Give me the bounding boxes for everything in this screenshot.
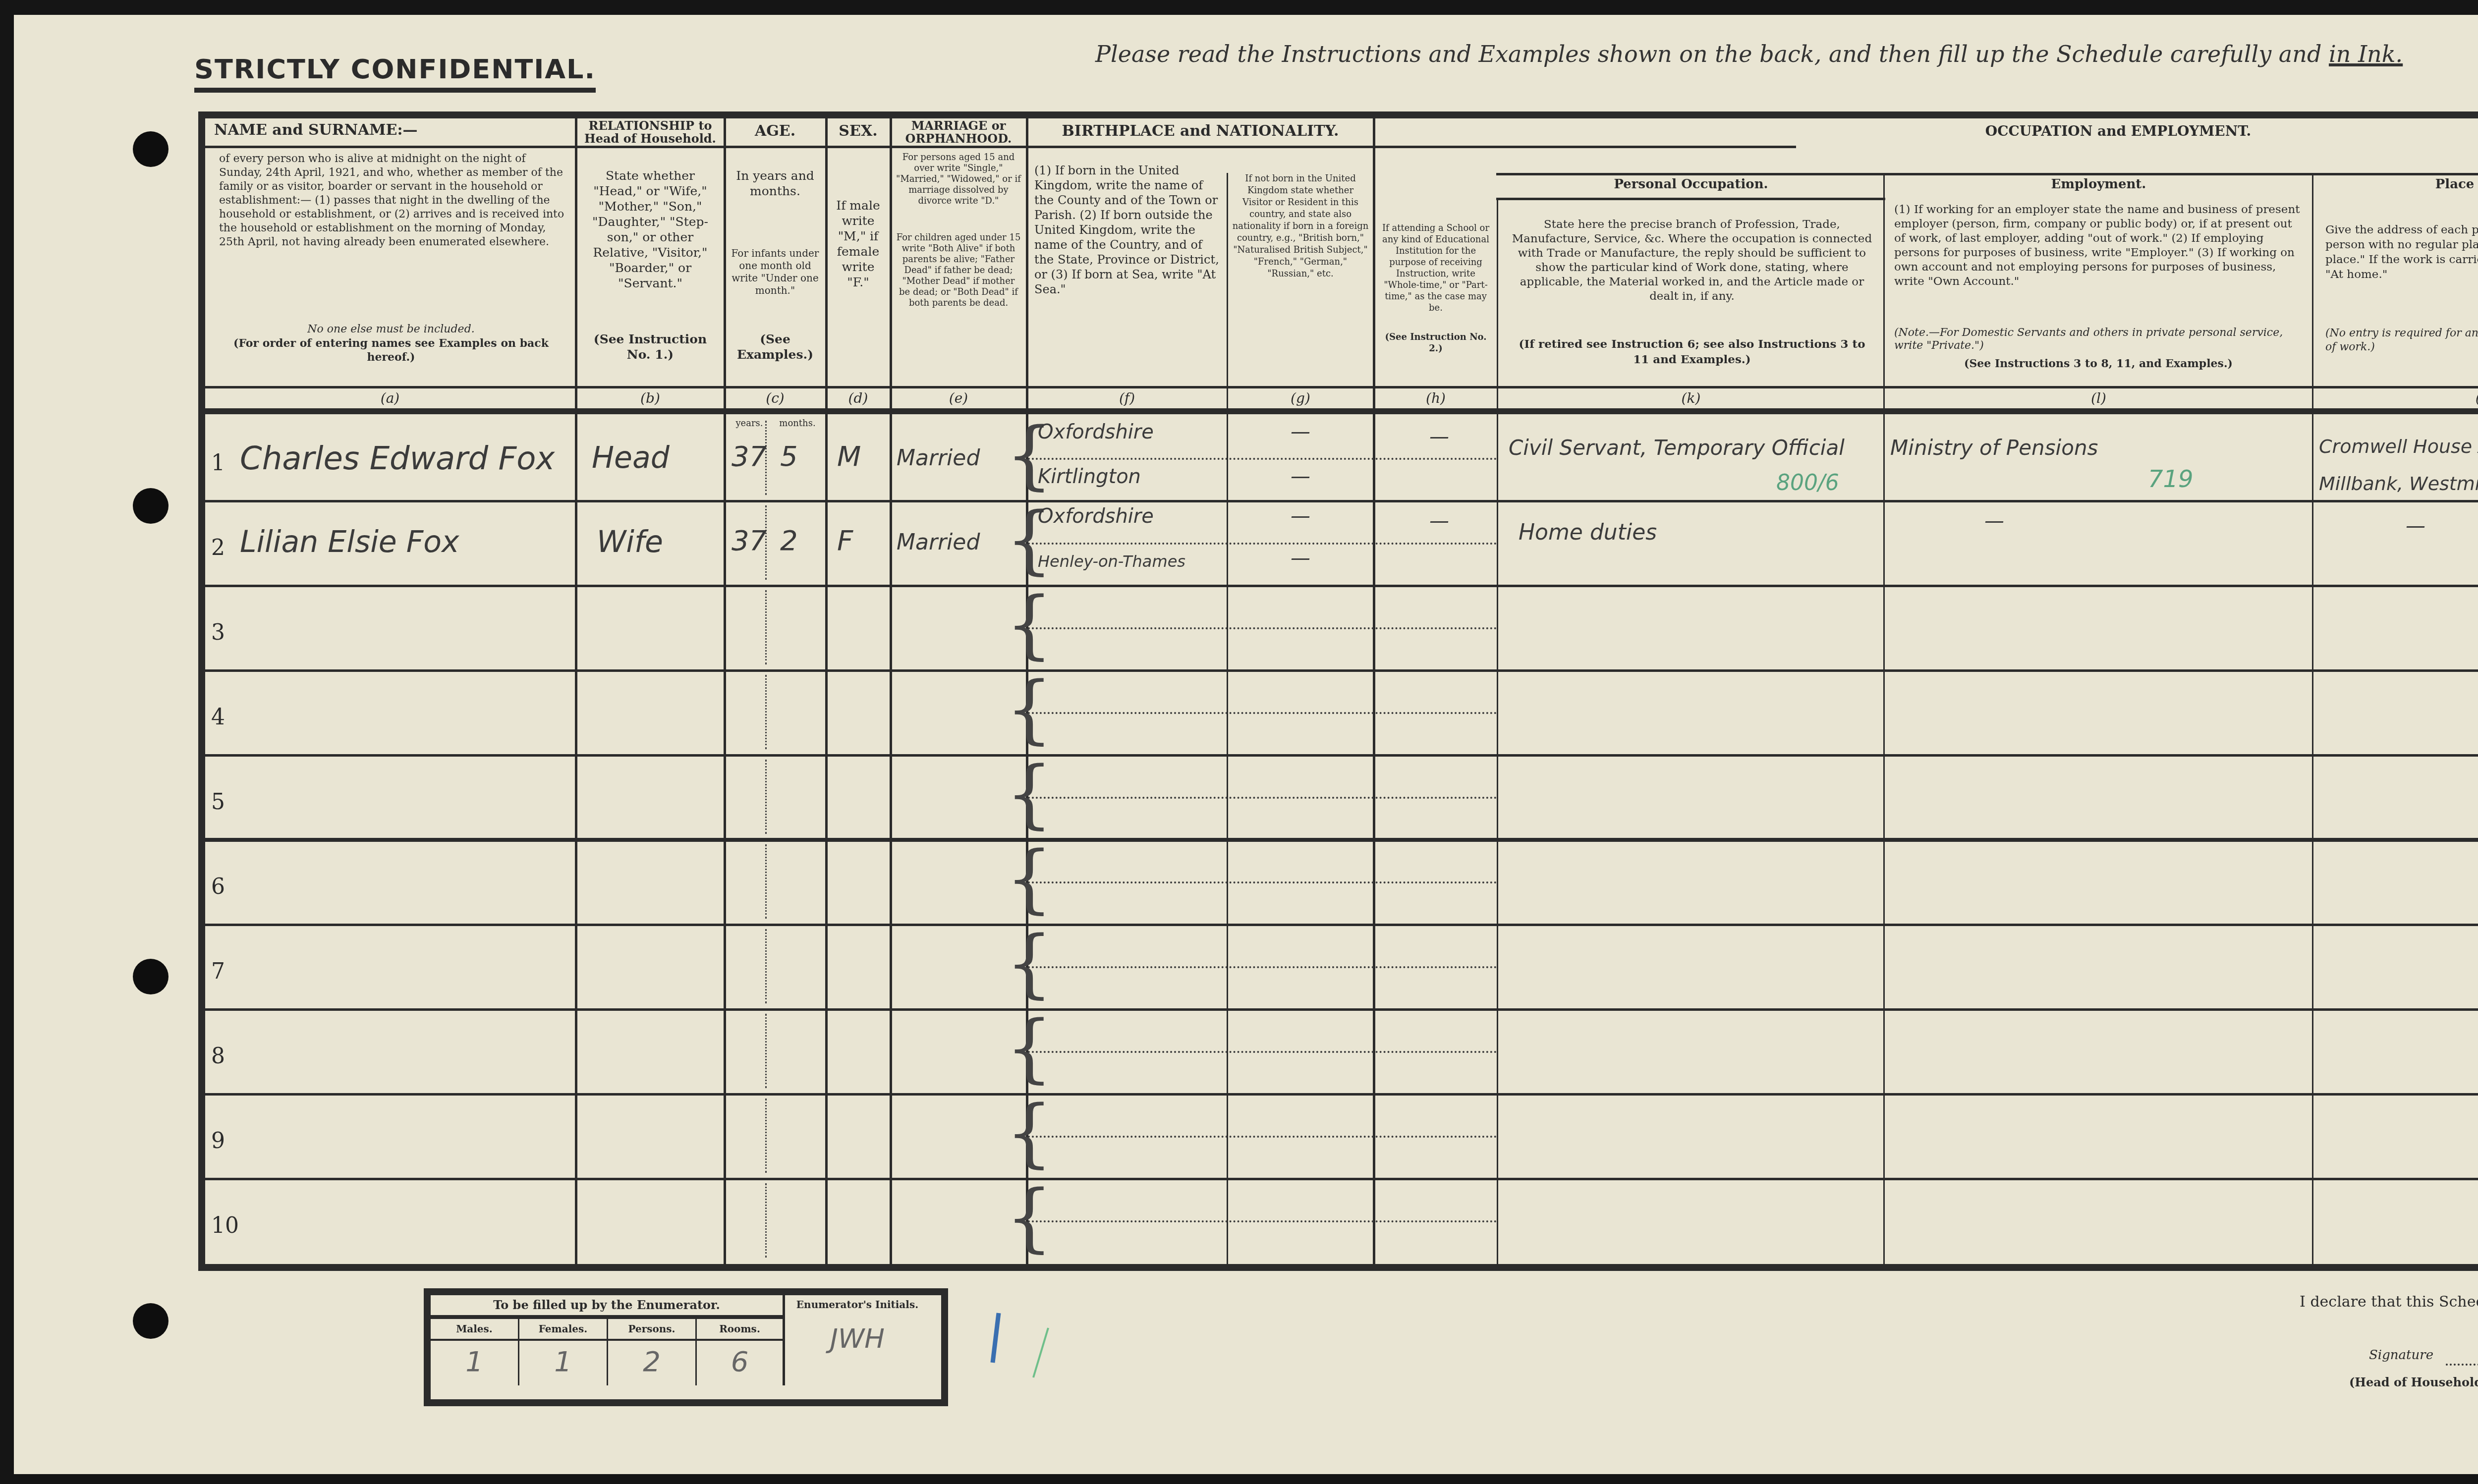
brace-glyph: {: [1006, 1181, 1053, 1255]
age-months-label: months.: [770, 416, 825, 431]
punch-hole-icon: [133, 488, 169, 524]
brace-glyph: {: [1006, 588, 1053, 662]
row-2-sex[interactable]: F: [837, 525, 853, 557]
rooms-value[interactable]: 6: [697, 1341, 783, 1383]
age-split-dotted-line: [765, 1183, 767, 1258]
col-k-note: (If retired see Instruction 6; see also …: [1506, 336, 1878, 367]
females-cell: Females. 1: [519, 1319, 608, 1385]
row-1-sex[interactable]: M: [837, 440, 861, 473]
row-number: 9: [211, 1128, 225, 1154]
header-divider: [1028, 146, 1796, 148]
females-value[interactable]: 1: [519, 1341, 607, 1383]
col-h-body: If attending a School or any kind of Edu…: [1375, 222, 1497, 314]
row-number: 7: [211, 959, 225, 984]
row-divider: [205, 1178, 2478, 1180]
row-2-employment[interactable]: —: [1984, 510, 2004, 533]
row-2-birth-county[interactable]: Oxfordshire: [1038, 505, 1154, 528]
row-1-marriage[interactable]: Married: [897, 445, 980, 471]
row-1-age-years[interactable]: 37: [732, 440, 767, 473]
age-split-dotted-line: [765, 844, 767, 919]
row-number: 5: [211, 789, 225, 815]
col-a-note: No one else must be included.: [210, 322, 572, 337]
row-1-nationality-2[interactable]: —: [1291, 465, 1310, 488]
punch-hole-icon: [133, 131, 169, 167]
enumerator-initials-value[interactable]: JWH: [785, 1314, 930, 1364]
enumerator-initials-label: Enumerator's Initials.: [785, 1295, 930, 1314]
row-1-occupation-code: 800/6: [1776, 470, 1839, 495]
col-a-note2: (For order of entering names see Example…: [210, 336, 572, 364]
col-c-body: In years and months.: [726, 168, 825, 199]
header-divider: [205, 386, 2478, 388]
col-m-body: Give the address of each person's place …: [2321, 222, 2478, 282]
col-h-letter: (h): [1375, 390, 1497, 406]
dotted-subline: [1028, 1220, 1497, 1222]
row-number: 10: [211, 1213, 239, 1238]
enumerator-initials-cell: Enumerator's Initials. JWH: [783, 1295, 930, 1385]
col-a-letter: (a): [205, 390, 575, 406]
scan-edge-left: [0, 0, 14, 1484]
row-divider: [205, 669, 2478, 672]
row-group-divider: [205, 838, 2478, 842]
col-d-body: If male write "M," if female write "F.": [827, 198, 889, 290]
header-divider: [1496, 173, 2478, 175]
col-divider: [1497, 198, 1498, 1271]
col-fg-title: BIRTHPLACE and NATIONALITY.: [1028, 123, 1373, 139]
col-l-note2: (See Instructions 3 to 8, 11, and Exampl…: [1890, 356, 2307, 372]
dotted-subline: [1028, 627, 1497, 629]
row-1-birth-town[interactable]: Kirtlington: [1038, 465, 1141, 488]
col-c-body2: For infants under one month old write "U…: [726, 247, 825, 297]
col-c-note: (See Examples.): [726, 331, 825, 362]
row-1-birth-county[interactable]: Oxfordshire: [1038, 421, 1154, 443]
row-2-birth-town[interactable]: Henley-on-Thames: [1038, 552, 1185, 571]
col-k-title: Personal Occupation.: [1499, 177, 1883, 192]
dotted-subline: [1028, 1051, 1497, 1053]
dotted-subline: [1028, 712, 1497, 714]
census-table: NAME and SURNAME:— of every person who i…: [198, 111, 2478, 1271]
row-2-education[interactable]: —: [1429, 510, 1449, 533]
confidential-label: STRICTLY CONFIDENTIAL.: [194, 54, 596, 93]
col-m-note: (No entry is required for any person who…: [2321, 327, 2478, 354]
row-divider: [205, 500, 2478, 502]
brace-glyph: {: [1006, 757, 1053, 831]
row-2-nationality-2[interactable]: —: [1291, 547, 1310, 570]
col-h-note: (See Instruction No. 2.): [1375, 331, 1497, 354]
row-number: 4: [211, 705, 225, 730]
col-a-body: of every person who is alive at midnight…: [215, 152, 570, 249]
col-e-title: MARRIAGE or ORPHANHOOD.: [892, 119, 1025, 145]
row-divider: [205, 585, 2478, 587]
dotted-subline: [1028, 881, 1497, 883]
row-number: 1: [211, 450, 225, 476]
row-divider: [205, 1093, 2478, 1096]
col-l-letter: (l): [1885, 390, 2312, 406]
row-2-occupation[interactable]: Home duties: [1519, 520, 1657, 545]
col-d-letter: (d): [827, 390, 889, 406]
age-split-dotted-line: [765, 590, 767, 664]
row-1-age-months[interactable]: 5: [780, 440, 798, 473]
col-divider: [1227, 173, 1228, 1271]
row-number: 2: [211, 535, 225, 560]
row-2-nationality-1[interactable]: —: [1291, 505, 1310, 528]
row-1-workplace-1[interactable]: Cromwell House Annexe: [2319, 436, 2478, 457]
col-divider: [825, 118, 828, 1271]
dotted-subline: [1028, 1136, 1497, 1138]
row-1-education[interactable]: —: [1429, 426, 1449, 448]
persons-cell: Persons. 2: [608, 1319, 697, 1385]
row-2-relationship[interactable]: Wife: [597, 525, 663, 559]
row-2-age-months[interactable]: 2: [780, 525, 798, 557]
brace-glyph: {: [1006, 1011, 1053, 1086]
males-label: Males.: [431, 1319, 518, 1341]
row-divider: [205, 1008, 2478, 1011]
col-e-letter: (e): [892, 390, 1025, 406]
scan-edge-bottom: [0, 1474, 2478, 1484]
row-number: 8: [211, 1044, 225, 1069]
row-2-age-years[interactable]: 37: [732, 525, 767, 557]
col-b-letter: (b): [577, 390, 724, 406]
rooms-label: Rooms.: [697, 1319, 783, 1341]
header-thick-divider: [205, 408, 2478, 414]
scan-edge-top: [0, 0, 2478, 15]
header-divider: [205, 146, 1028, 148]
instructions-line: Please read the Instructions and Example…: [1095, 41, 2403, 67]
col-b-body: State whether "Head," or "Wife," "Mother…: [577, 168, 724, 291]
row-1-employment-code: 719: [2148, 465, 2194, 493]
row-1-occupation[interactable]: Civil Servant, Temporary Official: [1509, 436, 1845, 460]
col-divider: [575, 118, 577, 1271]
col-k-body: State here the precise branch of Profess…: [1506, 218, 1878, 304]
header-divider: [1496, 198, 1885, 200]
row-1-relationship[interactable]: Head: [592, 440, 670, 475]
col-f-body: (1) If born in the United Kingdom, write…: [1030, 163, 1227, 297]
punch-hole-icon: [133, 959, 169, 994]
age-split-dotted-line: [765, 760, 767, 834]
row-2-marriage[interactable]: Married: [897, 530, 980, 555]
signature-label: Signature: [2369, 1348, 2433, 1363]
col-c-letter: (c): [726, 390, 825, 406]
males-value[interactable]: 1: [431, 1341, 518, 1383]
col-b-title: RELATIONSHIP to Head of Household.: [577, 119, 724, 145]
col-e-body: For persons aged 15 and over write "Sing…: [892, 152, 1025, 207]
declaration-text: I declare that this Schedule is correctl…: [2300, 1293, 2478, 1311]
brace-glyph: {: [1006, 672, 1053, 747]
col-m-letter: (m): [2314, 390, 2478, 406]
row-1-workplace-2[interactable]: Millbank, Westminster S.W.1: [2319, 473, 2478, 495]
row-divider: [205, 924, 2478, 926]
age-split-dotted-line: [765, 1099, 767, 1173]
col-divider: [1883, 173, 1885, 1271]
col-d-title: SEX.: [827, 123, 889, 139]
col-c-title: AGE.: [726, 123, 825, 139]
row-1-employment[interactable]: Ministry of Pensions: [1890, 436, 2098, 460]
brace-glyph: {: [1006, 927, 1053, 1001]
row-number: 6: [211, 874, 225, 899]
row-2-workplace-1[interactable]: —: [2406, 515, 2425, 538]
males-cell: Males. 1: [431, 1319, 519, 1385]
signature-line: [2446, 1364, 2478, 1366]
col-occ-title: OCCUPATION and EMPLOYMENT.: [1375, 123, 2478, 139]
age-split-dotted-line: [765, 675, 767, 749]
dotted-subline: [1028, 966, 1497, 968]
row-number: 3: [211, 620, 225, 645]
enumerator-box-header: To be filled up by the Enumerator.: [431, 1295, 783, 1319]
dotted-subline: [1028, 543, 1497, 545]
punch-hole-icon: [133, 1303, 169, 1339]
row-1-nationality-1[interactable]: —: [1291, 421, 1310, 443]
col-e-body2: For children aged under 15 write "Both A…: [892, 232, 1025, 309]
col-k-letter: (k): [1499, 390, 1883, 406]
persons-label: Persons.: [608, 1319, 695, 1341]
col-b-note: (See Instruction No. 1.): [577, 331, 724, 362]
col-l-title: Employment.: [1885, 177, 2312, 192]
col-g-body: If not born in the United Kingdom state …: [1228, 173, 1373, 280]
brace-glyph: {: [1006, 842, 1053, 916]
row-2-name[interactable]: Lilian Elsie Fox: [240, 525, 459, 559]
enumerator-summary-box: To be filled up by the Enumerator. Males…: [424, 1288, 948, 1406]
col-f-letter: (f): [1028, 390, 1226, 406]
census-schedule-page: STRICTLY CONFIDENTIAL. Please read the I…: [0, 0, 2478, 1484]
dotted-subline: [1028, 458, 1497, 460]
signature-note: (Head of Household, Manager of Establish…: [2349, 1375, 2478, 1389]
brace-glyph: {: [1006, 1096, 1053, 1170]
col-l-note: (Note.—For Domestic Servants and others …: [1890, 327, 2307, 352]
col-l-body: (1) If working for an employer state the…: [1890, 203, 2307, 289]
dotted-subline: [1028, 797, 1497, 799]
age-years-label: years.: [725, 416, 774, 431]
persons-value[interactable]: 2: [608, 1341, 695, 1383]
rooms-cell: Rooms. 6: [697, 1319, 783, 1385]
age-split-dotted-line: [765, 1014, 767, 1088]
col-divider: [2312, 173, 2313, 1271]
col-g-letter: (g): [1228, 390, 1373, 406]
age-split-dotted-line: [765, 929, 767, 1003]
instructions-text: Please read the Instructions and Example…: [1095, 41, 2321, 67]
instructions-ink: in Ink.: [2329, 41, 2403, 67]
col-a-title: NAME and SURNAME:—: [210, 122, 572, 138]
females-label: Females.: [519, 1319, 607, 1341]
row-divider: [205, 754, 2478, 757]
col-m-title: Place of Work.: [2314, 177, 2478, 192]
tally-marks-icon: [984, 1308, 1083, 1382]
row-1-name[interactable]: Charles Edward Fox: [240, 440, 555, 477]
